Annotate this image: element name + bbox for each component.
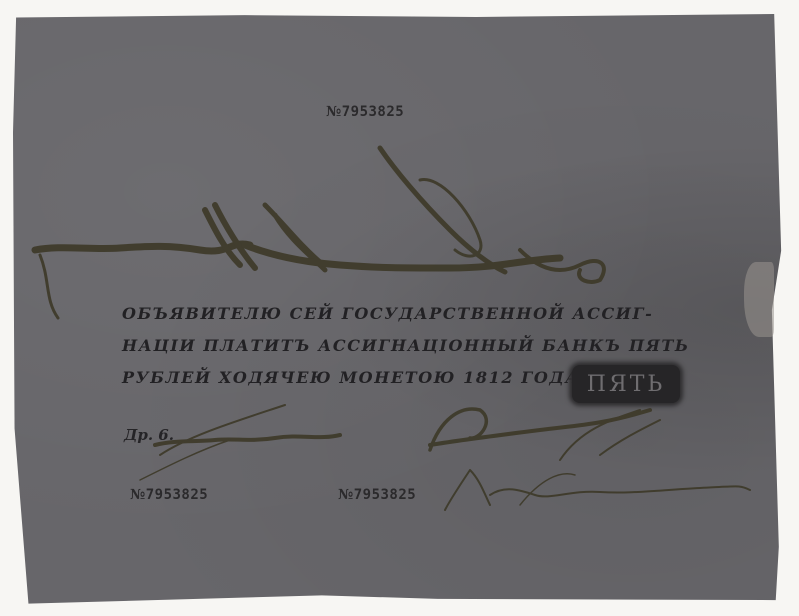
serial-digits: 7953825 <box>342 104 405 120</box>
number-sign: № <box>338 487 354 503</box>
text-line-2: НАЦІИ ПЛАТИТЪ АССИГНАЦІОННЫЙ БАНКЪ ПЯТЬ <box>122 336 690 355</box>
denomination-text: ПЯТЬ <box>587 372 665 397</box>
denomination-stamp: ПЯТЬ <box>572 365 680 403</box>
text-line-1: ОБЪЯВИТЕЛЮ СЕЙ ГОСУДАРСТВЕННОЙ АССИГ- <box>122 304 653 323</box>
serial-digits: 7953825 <box>354 487 417 503</box>
text-line-3: РУБЛЕЙ ХОДЯЧЕЮ МОНЕТОЮ 1812 ГОДА. <box>122 368 587 387</box>
top-serial-number: №7953825 <box>326 104 404 120</box>
serial-digits: 7953825 <box>146 487 209 503</box>
number-sign: № <box>326 104 342 120</box>
bottom-serial-left: №7953825 <box>130 487 208 503</box>
bottom-serial-right: №7953825 <box>338 487 416 503</box>
number-sign: № <box>130 487 146 503</box>
form-code: Др. 6. <box>124 426 174 444</box>
